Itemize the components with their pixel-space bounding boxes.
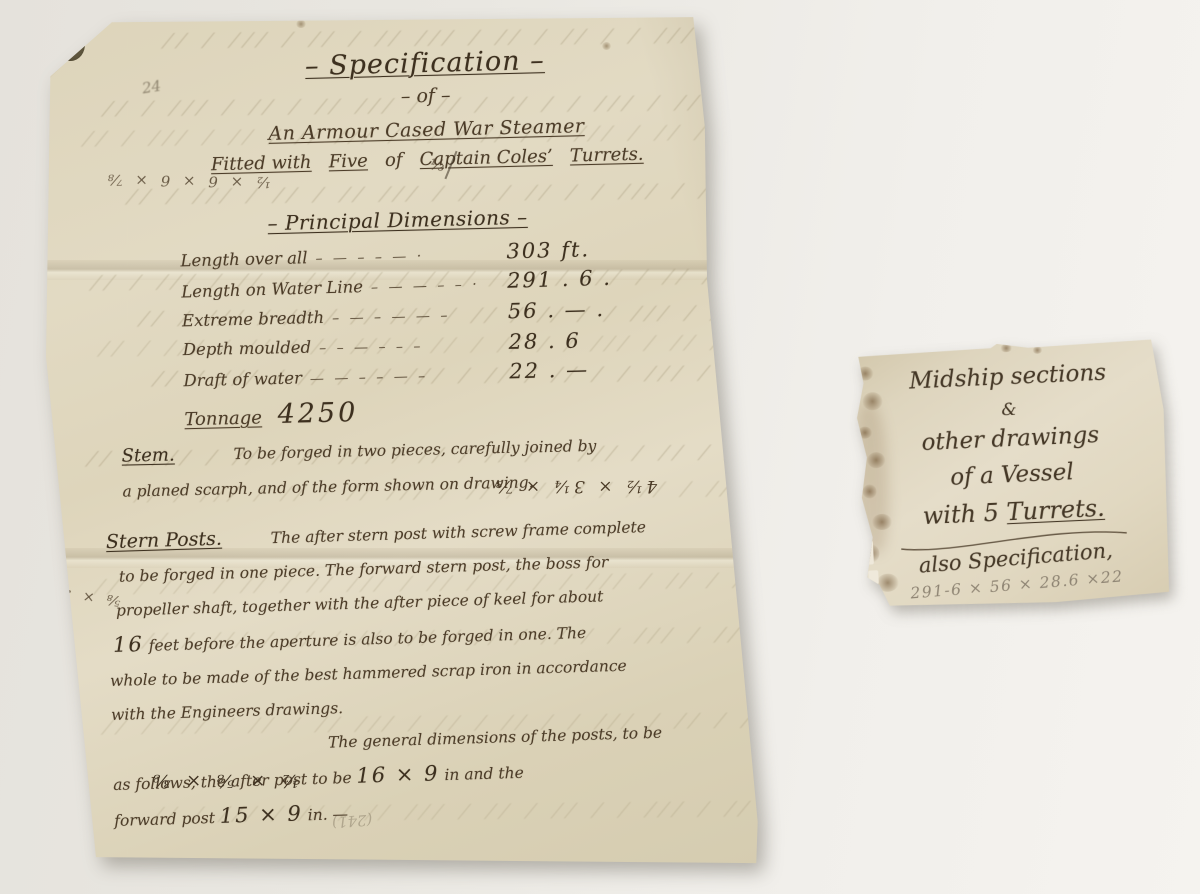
stem-heading: Stem. [121,444,174,466]
dimension-label: Depth moulded [183,338,312,359]
title-of: – of – [185,79,665,113]
with-five-text: with 5 [922,498,1007,530]
stain-spot [1032,346,1042,353]
leader-dashes: – – — – – – [311,337,509,357]
tonnage-row: Tonnage 4250 [184,391,621,433]
stern-line8-tail: in and the [439,764,524,784]
dimension-label: Extreme breadth [182,308,325,330]
stern-line9-text: forward post [114,809,220,830]
forward-post-size: 15 × 9 [219,801,303,827]
five-text: Five [328,150,368,172]
stem-section: Stem. To be forged in two pieces, carefu… [121,425,708,509]
wax-seal-icon [51,22,89,64]
page-number: (241) [331,811,373,832]
stain-spot [296,20,306,28]
check-mark: ⅓ [429,155,446,175]
inverted-note-mid: 4½ × 3¼ × ⅞ [492,476,657,496]
leader-dashes: – — – – — · [307,246,506,267]
document-title: – Specification – [185,42,666,85]
dimension-label: Length over all [180,248,307,270]
leader-dashes: — — – – — – [302,366,510,387]
dimension-value: 291 . 6 . [507,266,618,293]
turrets-text: Turrets. [570,144,644,167]
title-fitted-line: Fitted with Five of Captain Coles’ Turre… [187,143,667,176]
turrets-underlined: Turrets. [1006,494,1105,526]
sixteen-feet-number: 16 [113,632,144,657]
tonnage-value: 4250 [277,397,358,430]
inverted-note-bottom: ½ × ⅝ × ⅜ [148,770,298,791]
dimension-value: 56 . — . [508,297,619,324]
dimension-value: 303 ft. [506,237,617,264]
tonnage-label: Tonnage [184,407,262,430]
stain-spot [1000,344,1012,353]
inverted-note-left-margin: ⅝ × 3⅝ × [15,580,121,609]
card-paper: Midship sections & other drawings of a V… [850,335,1174,615]
stem-line1: To be forged in two pieces, carefully jo… [233,437,596,463]
dimension-label: Draft of water [183,368,302,390]
dimension-label: Length on Water Line [181,277,363,301]
leader-dashes: – — – — — – [324,306,508,326]
of-text: of [385,150,403,171]
sheet-paper: ∕∕ ∕ ∕∕∕ ∕ ∕∕ ∕ ∕∕ ∕∕∕ ∕ ∕∕ ∕ ∕∕ ∕ ∕ ∕∕∕… [46,12,770,870]
card-line-midship-sections: Midship sections [851,357,1164,397]
after-post-size: 16 × 9 [356,761,440,787]
card-line-of-a-vessel: of a Vessel [856,455,1169,495]
clipped-corner-fold [40,10,120,88]
title-subject: An Armour Cased War Steamer [186,113,666,147]
stern-line1: The after stern post with screw frame co… [271,518,647,547]
dimensions-heading: – Principal Dimensions – [179,203,615,238]
title-block: – Specification – – of – An Armour Cased… [185,42,668,176]
dimension-value: 22 . — [509,357,620,384]
specification-sheet: ∕∕ ∕ ∕∕∕ ∕ ∕∕ ∕ ∕∕ ∕∕∕ ∕ ∕∕ ∕ ∕∕ ∕ ∕ ∕∕∕… [46,12,770,870]
leader-dashes: – — — – – · [363,276,508,296]
pencil-note-24: 24 [141,77,163,98]
dimension-value: 28 . 6 [508,328,618,354]
label-card: Midship sections & other drawings of a V… [850,335,1174,615]
inverted-note-top: ½ × 6 × 6 × ⅞ [104,171,271,192]
stern-line4-text: feet before the aperture is also to be f… [144,624,587,655]
principal-dimensions: – Principal Dimensions – Length over all… [179,203,620,433]
stern-posts-heading: Stern Posts. [106,528,222,553]
